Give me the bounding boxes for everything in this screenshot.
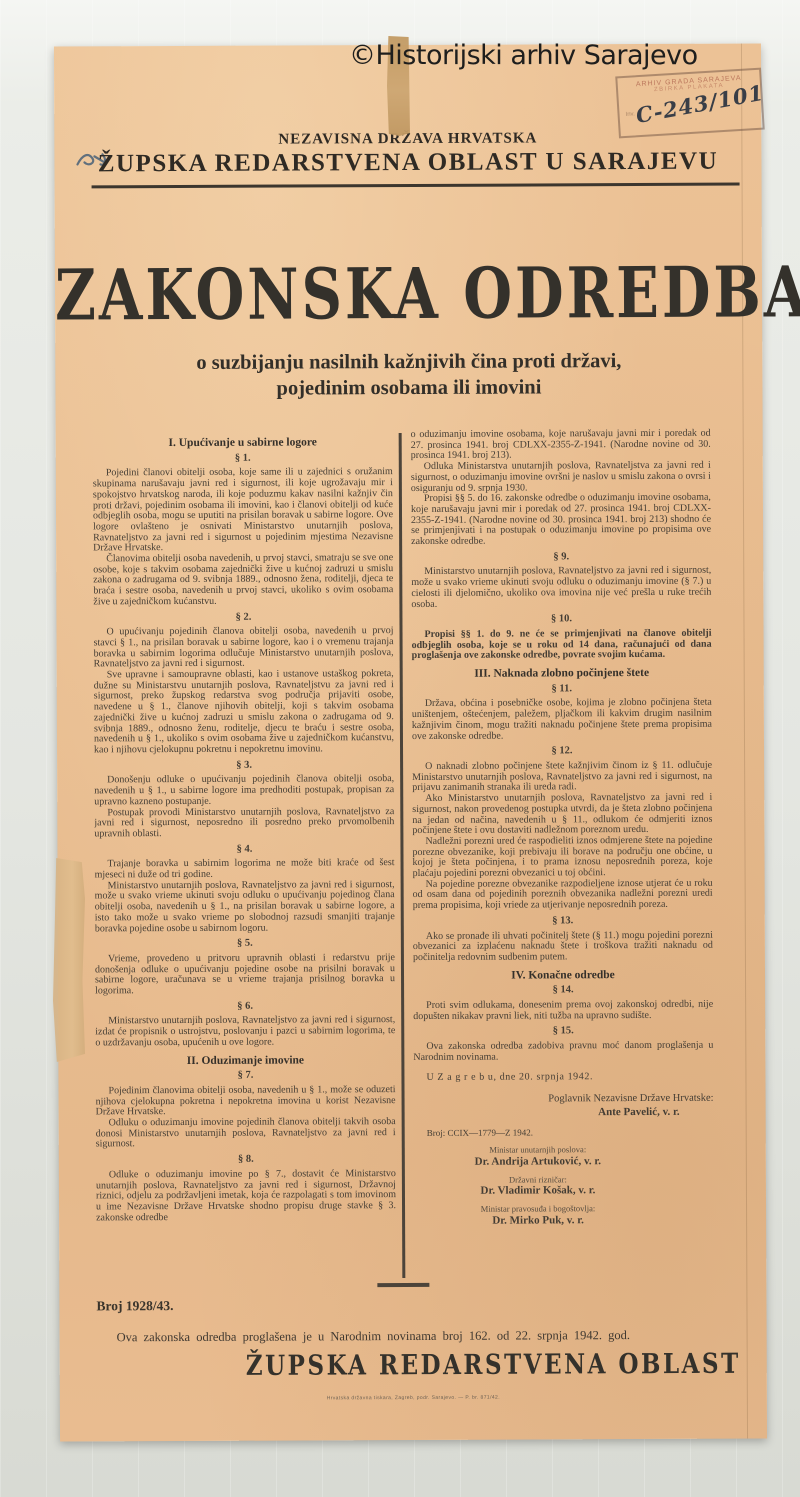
paragraph: Ako Ministarstvo unutarnjih poslova, Rav… bbox=[412, 793, 712, 837]
paragraph: Država, obćina i posebničke osobe, kojim… bbox=[412, 698, 712, 742]
paragraph: Ministarstvo unutarnjih poslova, Ravnate… bbox=[95, 880, 395, 935]
paragraph: Nadležni porezni ured će raspodieliti iz… bbox=[412, 836, 712, 880]
paragraph: Ministarstvo unutarnjih poslova, Ravnate… bbox=[95, 1016, 395, 1049]
left-column: I. Upućivanje u sabirne logore § 1. Poje… bbox=[93, 430, 397, 1291]
column-divider-foot bbox=[377, 1283, 429, 1287]
paragraph-sign: § 13. bbox=[413, 916, 713, 928]
printer-imprint: Hrvatska državna tiskara, Zagreb, podr. … bbox=[60, 1393, 767, 1402]
paragraph: Odluke o oduzimanju imovine po § 7., dos… bbox=[96, 1169, 396, 1224]
paragraph-sign: § 5. bbox=[95, 938, 395, 950]
paragraph-sign: § 7. bbox=[95, 1070, 395, 1082]
footer-authority: ŽUPSKA REDARSTVENA OBLAST bbox=[246, 1348, 741, 1383]
paragraph: Pojedini članovi obitelji osoba, koje sa… bbox=[93, 467, 393, 554]
issuing-authority-heading: ŽUPSKA REDARSTVENA OBLAST U SARAJEVU bbox=[54, 147, 761, 178]
dateline: U Z a g r e b u, dne 20. srpnja 1942. bbox=[413, 1071, 713, 1083]
minister-title: Ministar unutarnjih poslova: bbox=[414, 1144, 649, 1156]
subtitle-line: pojedinim osobama ili imovini bbox=[55, 373, 762, 402]
section-heading-1: I. Upućivanje u sabirne logore bbox=[93, 437, 393, 449]
paragraph-sign: § 6. bbox=[95, 1001, 395, 1013]
tape-strip-left bbox=[53, 858, 85, 1062]
minister-name: Dr. Andrija Artuković, v. r. bbox=[414, 1156, 649, 1168]
paragraph: Odluku o oduzimanju imovine pojedinih čl… bbox=[96, 1117, 396, 1150]
paragraph-sign: § 3. bbox=[94, 760, 394, 772]
section-heading-4: IV. Konačne odredbe bbox=[413, 969, 713, 981]
paragraph: Ova zakonska odredba zadobiva pravnu moć… bbox=[413, 1041, 713, 1064]
decree-title: ZAKONSKA ODREDBA bbox=[55, 251, 762, 337]
paragraph-sign: § 4. bbox=[94, 844, 394, 856]
paragraph: O naknadi zlobno počinjene štete kažnjiv… bbox=[412, 761, 712, 794]
subtitle-line: o suzbijanju nasilnih kažnjivih čina pro… bbox=[55, 347, 762, 376]
paragraph: Sve upravne i samoupravne oblasti, kao i… bbox=[94, 669, 394, 756]
paragraph: Odluka Ministarstva unutarnjih poslova, … bbox=[411, 461, 711, 494]
paragraph-sign: § 9. bbox=[411, 551, 711, 563]
right-column: o oduzimanju imovine osobama, koje naruš… bbox=[411, 429, 715, 1290]
section-heading-2: II. Oduzimanje imovine bbox=[95, 1055, 395, 1067]
paragraph: Proti svim odlukama, donesenim prema ovo… bbox=[413, 1000, 713, 1023]
paragraph: Ministarstvo unutarnjih poslova, Ravnate… bbox=[411, 566, 711, 610]
minister-title: Ministar pravosuđa i bogoštovlja: bbox=[414, 1203, 649, 1215]
local-file-number: Broj 1928/43. bbox=[96, 1298, 173, 1314]
archive-watermark: ©Historijski arhiv Sarajevo bbox=[349, 40, 698, 71]
paragraph: o oduzimanju imovine osobama, koje naruš… bbox=[411, 429, 711, 462]
minister-name: Dr. Vladimir Košak, v. r. bbox=[414, 1185, 649, 1197]
paragraph: Vrieme, provedeno u pritvoru upravnih ob… bbox=[95, 953, 395, 997]
paragraph: O upućivanju pojedinih članova obitelji … bbox=[93, 626, 393, 670]
paragraph-sign: § 15. bbox=[413, 1026, 713, 1038]
paragraph: Postupak provodi Ministarstvo unutarnjih… bbox=[94, 807, 394, 840]
archive-stamp: ARHIV GRADA SARAJEVA ZBIRKA PLAKATA Inv.… bbox=[615, 68, 765, 139]
proclamation-note: Ova zakonska odredba proglašena je u Nar… bbox=[117, 1328, 630, 1345]
paragraph-sign: § 1. bbox=[93, 453, 393, 465]
paragraph-sign: § 12. bbox=[412, 746, 712, 758]
registry-number-line: Broj: CCIX—1779—Z 1942. bbox=[414, 1126, 714, 1138]
scanned-poster-scene: ©Historijski arhiv Sarajevo ARHIV GRADA … bbox=[0, 0, 800, 1497]
poster-paper: NEZAVISNA DRŽAVA HRVATSKA ŽUPSKA REDARST… bbox=[54, 43, 767, 1441]
signature-name: Ante Pavelić, v. r. bbox=[414, 1107, 680, 1119]
paragraph: Pojedinim članovima obitelji osoba, nave… bbox=[95, 1085, 395, 1118]
stamp-inventory-label: Inv. bbox=[625, 111, 635, 118]
paragraph-sign: § 8. bbox=[96, 1154, 396, 1166]
paragraph: Ako se pronađe ili uhvati počinitelj šte… bbox=[413, 930, 713, 963]
paragraph-sign: § 2. bbox=[93, 612, 393, 624]
paragraph-sign: § 11. bbox=[412, 683, 712, 695]
minister-name: Dr. Mirko Puk, v. r. bbox=[414, 1215, 649, 1227]
decree-subtitle: o suzbijanju nasilnih kažnjivih čina pro… bbox=[55, 347, 762, 402]
signature-title: Poglavnik Nezavisne Države Hrvatske: bbox=[414, 1094, 714, 1106]
paragraph-sign: § 10. bbox=[411, 614, 711, 626]
paragraph: Propisi §§ 5. do 16. zakonske odredbe o … bbox=[411, 493, 711, 548]
section-heading-3: III. Naknada zlobno počinjene štete bbox=[412, 668, 712, 680]
paragraph: Trajanje boravka u sabirnim logorima ne … bbox=[95, 858, 395, 881]
paragraph-emphasized: Propisi §§ 1. do 9. ne će se primjenjiva… bbox=[412, 629, 712, 662]
paragraph: Članovima obitelji osoba navedenih, u pr… bbox=[93, 553, 393, 608]
header-rule bbox=[92, 183, 740, 189]
paragraph: Donošenju odluke o upućivanju pojedinih … bbox=[94, 774, 394, 807]
minister-title: Državni rizničar: bbox=[414, 1174, 649, 1186]
paragraph: Na pojedine porezne obvezanike razpodiel… bbox=[413, 878, 713, 911]
paragraph-sign: § 14. bbox=[413, 985, 713, 997]
